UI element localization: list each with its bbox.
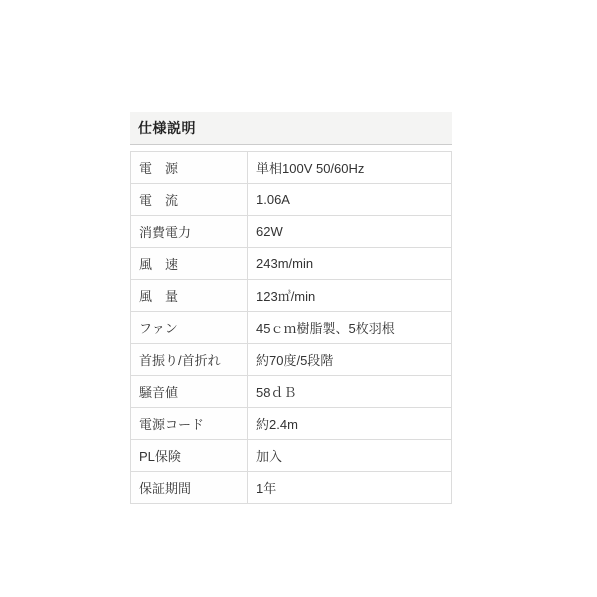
spec-row-label: 消費電力: [131, 216, 248, 248]
spec-row-value: 1.06A: [248, 184, 452, 216]
spec-row-label: 電 源: [131, 152, 248, 184]
spec-row-value: 58ｄＢ: [248, 376, 452, 408]
spec-row-value: 約70度/5段階: [248, 344, 452, 376]
spec-row-value: 243m/min: [248, 248, 452, 280]
spec-table-row: 首振り/首折れ 約70度/5段階: [131, 344, 452, 376]
spec-row-value: 62W: [248, 216, 452, 248]
spec-table: 電 源 単相100V 50/60Hz 電 流 1.06A 消費電力 62W 風 …: [130, 151, 452, 504]
spec-table-row: 保証期間 1年: [131, 472, 452, 504]
spec-row-label: 騒音値: [131, 376, 248, 408]
spec-row-value: 加入: [248, 440, 452, 472]
spec-table-body: 電 源 単相100V 50/60Hz 電 流 1.06A 消費電力 62W 風 …: [131, 152, 452, 504]
spec-table-row: 風 速 243m/min: [131, 248, 452, 280]
spec-row-label: 風 速: [131, 248, 248, 280]
spec-section: 仕様説明 電 源 単相100V 50/60Hz 電 流 1.06A 消費電力 6…: [130, 112, 452, 504]
spec-table-row: 電 源 単相100V 50/60Hz: [131, 152, 452, 184]
spec-section-title: 仕様説明: [130, 112, 452, 145]
spec-table-row: 消費電力 62W: [131, 216, 452, 248]
spec-row-value: 単相100V 50/60Hz: [248, 152, 452, 184]
spec-row-value: 約2.4m: [248, 408, 452, 440]
spec-row-label: 首振り/首折れ: [131, 344, 248, 376]
spec-row-label: 保証期間: [131, 472, 248, 504]
spec-row-label: 風 量: [131, 280, 248, 312]
spec-table-row: 風 量 123㎥/min: [131, 280, 452, 312]
spec-row-label: 電源コード: [131, 408, 248, 440]
spec-table-row: 電 流 1.06A: [131, 184, 452, 216]
spec-row-label: ファン: [131, 312, 248, 344]
page: 仕様説明 電 源 単相100V 50/60Hz 電 流 1.06A 消費電力 6…: [0, 0, 597, 597]
spec-table-row: PL保険 加入: [131, 440, 452, 472]
spec-table-row: 電源コード 約2.4m: [131, 408, 452, 440]
spec-table-row: 騒音値 58ｄＢ: [131, 376, 452, 408]
spec-row-value: 123㎥/min: [248, 280, 452, 312]
spec-row-value: 1年: [248, 472, 452, 504]
spec-row-label: 電 流: [131, 184, 248, 216]
spec-table-row: ファン 45ｃｍ樹脂製、5枚羽根: [131, 312, 452, 344]
spec-row-value: 45ｃｍ樹脂製、5枚羽根: [248, 312, 452, 344]
spec-row-label: PL保険: [131, 440, 248, 472]
